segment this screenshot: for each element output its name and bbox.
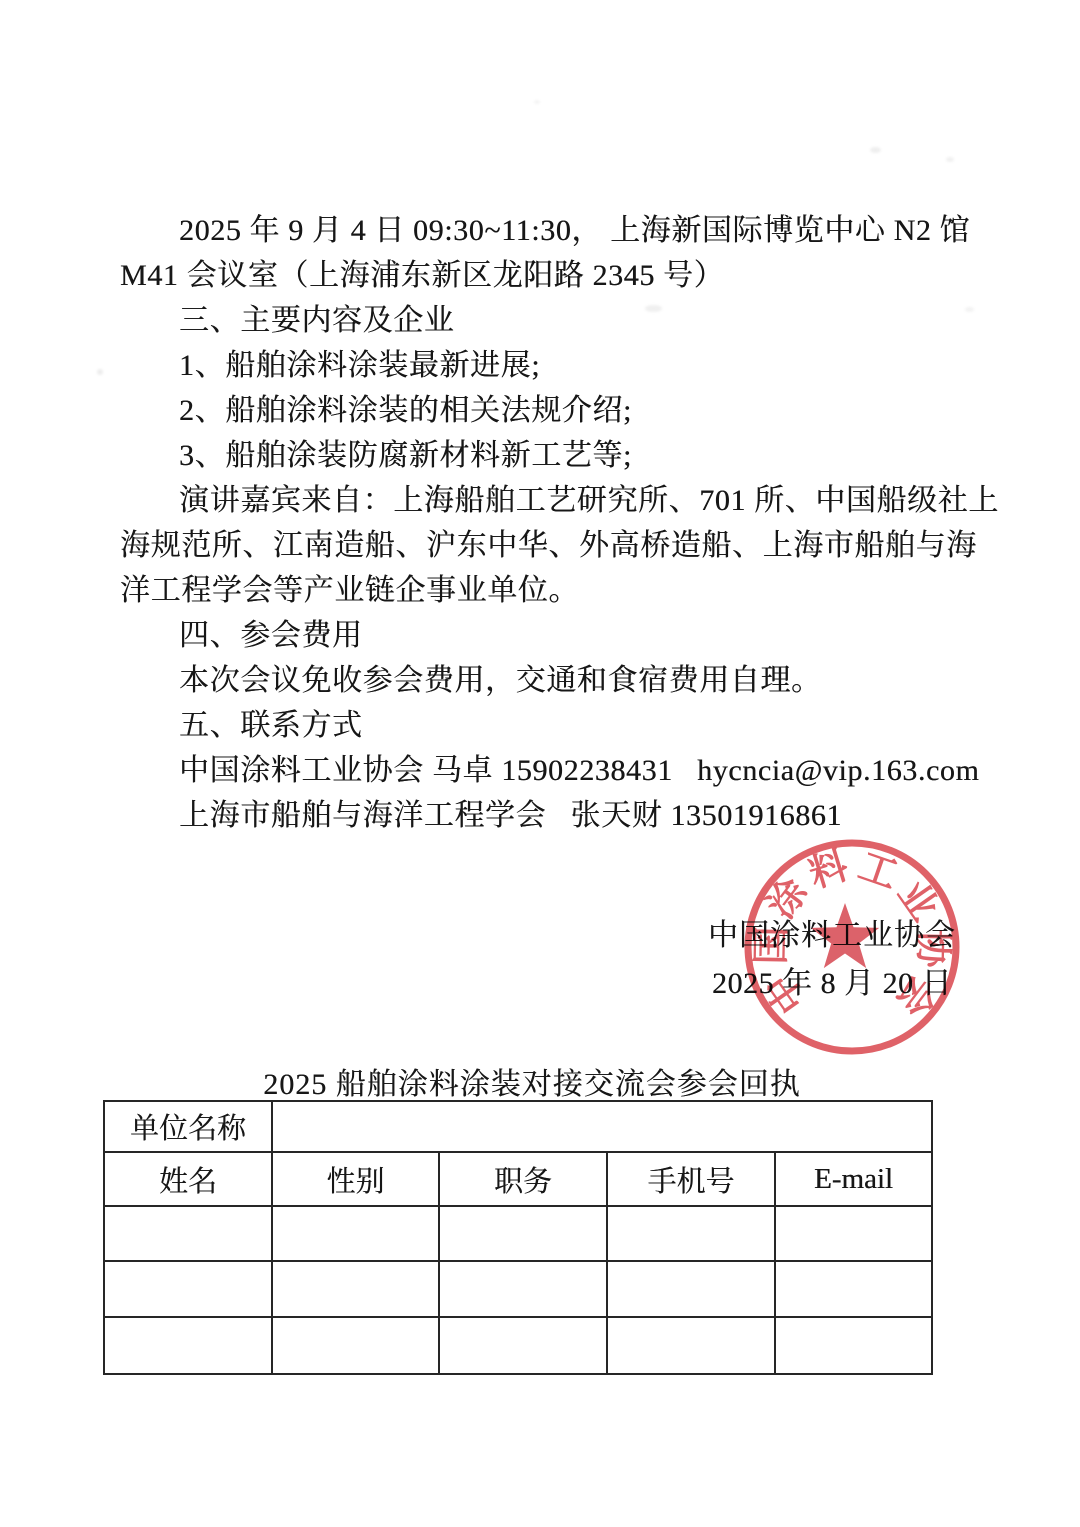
col-header-mobile: 手机号 [607, 1152, 775, 1206]
blank-cell [272, 1206, 439, 1261]
text-line-speakers-3: 洋工程学会等产业链企事业单位。 [120, 568, 970, 613]
reply-form-title: 2025 船舶涂料涂装对接交流会参会回执 [0, 1059, 1064, 1103]
list-item-3: 3、船舶涂装防腐新材料新工艺等; [120, 433, 970, 478]
blank-cell [775, 1206, 932, 1261]
blank-cell [104, 1317, 272, 1374]
col-header-gender: 性别 [272, 1152, 439, 1206]
contact-line-cncia: 中国涂料工业协会 马卓 15902238431 hycncia@vip.163.… [120, 748, 970, 793]
seal-char: 协 [911, 929, 954, 970]
seal-char: 涂 [760, 871, 816, 927]
col-header-name: 姓名 [104, 1152, 272, 1206]
table-row-blank [104, 1206, 932, 1261]
unit-label-cell: 单位名称 [104, 1101, 272, 1152]
blank-cell [775, 1317, 932, 1374]
blank-cell [439, 1206, 607, 1261]
blank-cell [104, 1206, 272, 1261]
blank-cell [775, 1261, 932, 1317]
table-row-header: 姓名 性别 职务 手机号 E-mail [104, 1152, 932, 1206]
scan-artifact [946, 157, 954, 162]
section-heading-3: 三、主要内容及企业 [120, 298, 970, 343]
table-row-unit: 单位名称 [104, 1101, 932, 1152]
body-text: 2025 年 9 月 4 日 09:30~11:30， 上海新国际博览中心 N2… [120, 208, 970, 838]
blank-cell [439, 1261, 607, 1317]
section-heading-5: 五、联系方式 [120, 703, 970, 748]
list-item-2: 2、船舶涂料涂装的相关法规介绍; [120, 388, 970, 433]
scanned-document-page: 2025 年 9 月 4 日 09:30~11:30， 上海新国际博览中心 N2… [0, 0, 1080, 1527]
col-header-email: E-mail [775, 1152, 932, 1206]
text-line-speakers-1: 演讲嘉宾来自：上海船舶工艺研究所、701 所、中国船级社上 [120, 478, 970, 523]
col-header-title: 职务 [439, 1152, 607, 1206]
scan-artifact [645, 305, 662, 312]
section-heading-4: 四、参会费用 [120, 613, 970, 658]
scan-artifact [534, 100, 540, 104]
blank-cell [607, 1261, 775, 1317]
scan-artifact [870, 147, 881, 153]
text-line-speakers-2: 海规范所、江南造船、沪东中华、外高桥造船、上海市船舶与海 [120, 523, 970, 568]
blank-cell [272, 1261, 439, 1317]
text-line-fee: 本次会议免收参会费用，交通和食宿费用自理。 [120, 658, 970, 703]
seal-star-icon [811, 903, 879, 968]
blank-cell [272, 1317, 439, 1374]
table-row-blank [104, 1261, 932, 1317]
blank-cell [104, 1261, 272, 1317]
seal-char: 会 [888, 967, 944, 1023]
blank-cell [439, 1317, 607, 1374]
list-item-1: 1、船舶涂料涂装最新进展; [120, 343, 970, 388]
scan-artifact [965, 307, 974, 312]
blank-cell [607, 1206, 775, 1261]
blank-cell [607, 1317, 775, 1374]
seal-char: 国 [751, 926, 794, 965]
text-line-date-venue: 2025 年 9 月 4 日 09:30~11:30， 上海新国际博览中心 N2… [120, 208, 970, 253]
text-line-venue-cont: M41 会议室（上海浦东新区龙阳路 2345 号） [120, 253, 970, 298]
reply-form-table: 单位名称 姓名 性别 职务 手机号 E-mail [103, 1100, 933, 1375]
official-seal-stamp: 中 国 涂 料 工 业 协 会 [738, 833, 966, 1061]
contact-line-ssnaoe: 上海市船舶与海洋工程学会 张天财 13501916861 [120, 793, 970, 838]
table-row-blank [104, 1317, 932, 1374]
unit-value-cell [272, 1101, 932, 1152]
scan-artifact [97, 369, 103, 375]
